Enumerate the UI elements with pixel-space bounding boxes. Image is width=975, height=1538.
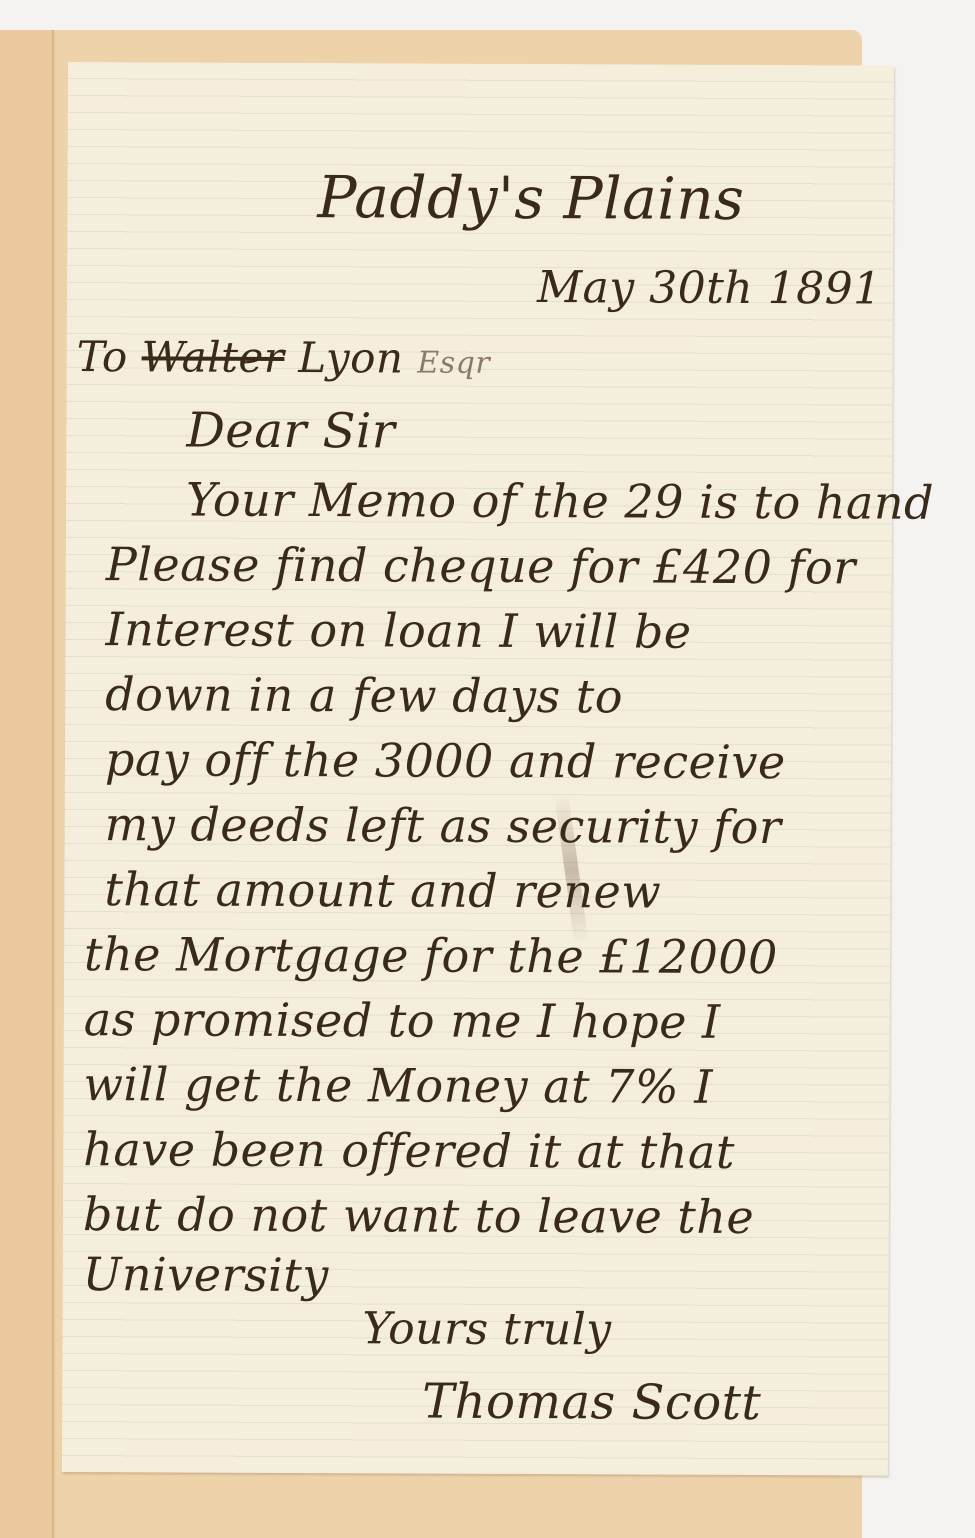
letter-salutation: Dear Sir [186, 403, 395, 460]
body-line: down in a few days to [105, 667, 623, 723]
body-line: my deeds left as security for [105, 797, 782, 854]
letter-signature: Thomas Scott [422, 1374, 761, 1431]
body-line: Your Memo of the 29 is to hand [186, 473, 934, 530]
folder-spine [0, 30, 52, 1538]
letter-place: Paddy's Plains [317, 163, 744, 233]
letter-addressee: To Walter Lyon Esqr [77, 332, 491, 383]
letter-date: May 30th 1891 [537, 262, 882, 315]
body-line: pay off the 3000 and receive [105, 732, 786, 789]
addressee-prefix: To [77, 332, 128, 381]
body-line: have been offered it at that [83, 1122, 735, 1179]
body-line: the Mortgage for the £12000 [84, 927, 778, 984]
folder-fold-line [52, 30, 55, 1538]
body-line: that amount and renew [104, 862, 661, 918]
addressee-struck-name: Walter [142, 332, 285, 382]
body-line: as promised to me I hope I [84, 992, 721, 1049]
addressee-name: Lyon [298, 333, 403, 382]
body-line: Please find cheque for £420 for [106, 537, 856, 594]
body-line: will get the Money at 7% I [83, 1057, 713, 1114]
body-line: but do not want to leave the [83, 1187, 754, 1244]
body-line: Interest on loan I will be [105, 602, 691, 659]
letter-sheet: Paddy's Plains May 30th 1891 To Walter L… [62, 62, 894, 1476]
letter-closing: Yours truly [362, 1303, 611, 1355]
body-line: University [83, 1247, 329, 1302]
addressee-honorific: Esqr [417, 346, 490, 381]
